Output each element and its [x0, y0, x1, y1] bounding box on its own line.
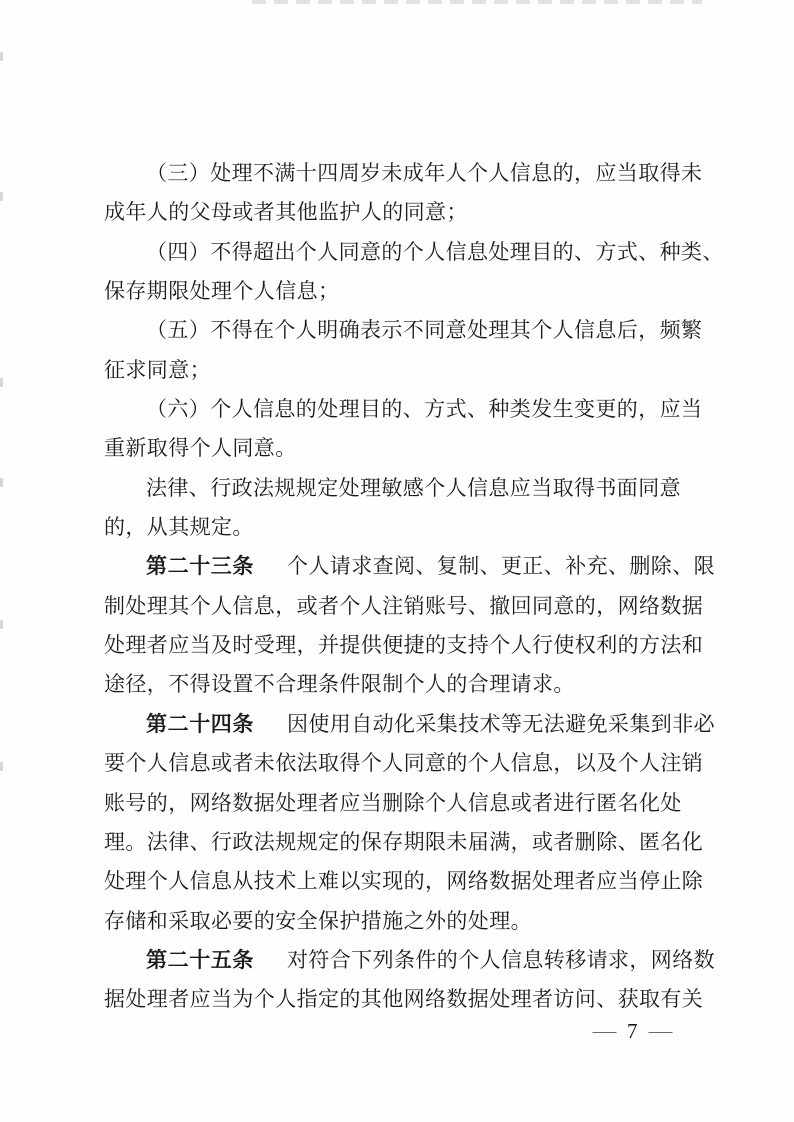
line-text: 对符合下列条件的个人信息转移请求，网络数 — [287, 948, 715, 972]
text-line: （六）个人信息的处理目的、方式、种类发生变更的，应当 — [104, 390, 698, 429]
line-text: 制处理其个人信息，或者个人注销账号、撤回同意的，网络数据 — [104, 594, 703, 618]
line-text: 法律、行政法规规定处理敏感个人信息应当取得书面同意 — [146, 476, 681, 500]
page-number-value: 7 — [627, 1019, 638, 1044]
document-page: （三）处理不满十四周岁未成年人个人信息的，应当取得未成年人的父母或者其他监护人的… — [0, 0, 794, 1122]
page-number-dash-right: — — [648, 1021, 672, 1043]
text-line: 账号的，网络数据处理者应当删除个人信息或者进行匿名化处 — [104, 784, 698, 823]
line-text: （三）处理不满十四周岁未成年人个人信息的，应当取得未 — [146, 161, 702, 185]
text-line: 重新取得个人同意。 — [104, 429, 698, 468]
line-text: 账号的，网络数据处理者应当删除个人信息或者进行匿名化处 — [104, 791, 682, 815]
text-line: 处理个人信息从技术上难以实现的，网络数据处理者应当停止除 — [104, 862, 698, 901]
article-line: 第二十五条对符合下列条件的个人信息转移请求，网络数 — [104, 941, 698, 980]
line-text: 途径，不得设置不合理条件限制个人的合理请求。 — [104, 672, 575, 696]
text-line: （三）处理不满十四周岁未成年人个人信息的，应当取得未 — [104, 154, 698, 193]
text-line: 要个人信息或者未依法取得个人同意的个人信息，以及个人注销 — [104, 744, 698, 783]
text-line: 存储和采取必要的安全保护措施之外的处理。 — [104, 902, 698, 941]
scan-artifact-left-edge — [0, 620, 3, 629]
text-line: （四）不得超出个人同意的个人信息处理目的、方式、种类、 — [104, 233, 698, 272]
scan-artifact-left-edge — [0, 478, 3, 487]
document-body: （三）处理不满十四周岁未成年人个人信息的，应当取得未成年人的父母或者其他监护人的… — [104, 154, 698, 1020]
page-number: — 7 — — [595, 1019, 670, 1044]
scan-artifact-left-edge — [0, 378, 3, 387]
line-text: 保存期限处理个人信息； — [104, 279, 339, 303]
line-text: 重新取得个人同意。 — [104, 436, 297, 460]
line-text: 成年人的父母或者其他监护人的同意； — [104, 200, 468, 224]
text-line: 制处理其个人信息，或者个人注销账号、撤回同意的，网络数据 — [104, 587, 698, 626]
text-line: 途径，不得设置不合理条件限制个人的合理请求。 — [104, 665, 698, 704]
line-text: 处理者应当及时受理，并提供便捷的支持个人行使权利的方法和 — [104, 633, 703, 657]
page-number-dash-left: — — [593, 1021, 617, 1043]
article-number: 第二十三条 — [146, 555, 254, 578]
text-line: （五）不得在个人明确表示不同意处理其个人信息后，频繁 — [104, 311, 698, 350]
scan-artifact-left-edge — [0, 52, 3, 61]
line-text: 理。法律、行政法规规定的保存期限未届满，或者删除、匿名化 — [104, 830, 703, 854]
text-line: 成年人的父母或者其他监护人的同意； — [104, 193, 698, 232]
text-line: 保存期限处理个人信息； — [104, 272, 698, 311]
text-line: 征求同意； — [104, 351, 698, 390]
line-text: 因使用自动化采集技术等无法避免采集到非必 — [287, 712, 715, 736]
line-text: 要个人信息或者未依法取得个人同意的个人信息，以及个人注销 — [104, 751, 703, 775]
line-text: （六）个人信息的处理目的、方式、种类发生变更的，应当 — [146, 397, 702, 421]
line-text: 处理个人信息从技术上难以实现的，网络数据处理者应当停止除 — [104, 869, 703, 893]
article-number: 第二十四条 — [146, 713, 254, 736]
article-line: 第二十三条个人请求查阅、复制、更正、补充、删除、限 — [104, 547, 698, 586]
line-text: （四）不得超出个人同意的个人信息处理目的、方式、种类、 — [146, 240, 724, 264]
line-text: 据处理者应当为个人指定的其他网络数据处理者访问、获取有关 — [104, 987, 703, 1011]
scan-artifact-left-edge — [0, 192, 3, 201]
scan-artifact-top-edge — [252, 0, 702, 4]
line-text: 征求同意； — [104, 358, 211, 382]
scan-artifact-left-edge — [0, 762, 3, 771]
text-line: 法律、行政法规规定处理敏感个人信息应当取得书面同意 — [104, 469, 698, 508]
text-line: 理。法律、行政法规规定的保存期限未届满，或者删除、匿名化 — [104, 823, 698, 862]
text-line: 处理者应当及时受理，并提供便捷的支持个人行使权利的方法和 — [104, 626, 698, 665]
line-text: （五）不得在个人明确表示不同意处理其个人信息后，频繁 — [146, 318, 702, 342]
text-line: 的，从其规定。 — [104, 508, 698, 547]
article-line: 第二十四条因使用自动化采集技术等无法避免采集到非必 — [104, 705, 698, 744]
line-text: 存储和采取必要的安全保护措施之外的处理。 — [104, 909, 532, 933]
article-number: 第二十五条 — [146, 949, 254, 972]
text-line: 据处理者应当为个人指定的其他网络数据处理者访问、获取有关 — [104, 980, 698, 1019]
line-text: 个人请求查阅、复制、更正、补充、删除、限 — [287, 554, 715, 578]
line-text: 的，从其规定。 — [104, 515, 254, 539]
